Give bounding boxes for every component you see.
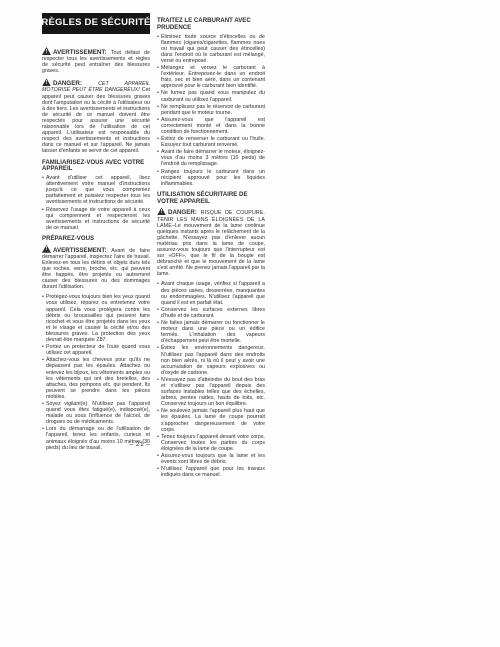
manual-page: RÈGLES DE SÉCURITÉ AVERTISSEMENT: Tout d… (0, 0, 500, 647)
bullet-text: Évitez les environnements dangereux. N'u… (161, 345, 265, 375)
warning-triangle-icon (42, 47, 51, 55)
page-title: RÈGLES DE SÉCURITÉ (41, 20, 150, 26)
section-heading: FAMILIARISEZ-VOUS AVEC VOTRE APPAREIL (42, 160, 150, 174)
page-number: – 21 – (105, 441, 175, 448)
bullet-item: •Rangez toujours le carburant dans un ré… (157, 169, 265, 187)
warning-text: Cet appareil peut causer des blessures g… (42, 87, 150, 154)
bullet-text: Avant de faire démarrer le moteur, éloig… (161, 149, 265, 167)
bullet-item: •Éliminez toute source d'étincelles ou d… (157, 34, 265, 64)
bullet-item: •Ne fumez pas quand vous manipulez du ca… (157, 90, 265, 102)
bullet-text: Assurez-vous que l'appareil est correcte… (161, 117, 265, 135)
bullet-list: •Éliminez toute source d'étincelles ou d… (157, 34, 265, 187)
bullet-item: •N'utilisez l'appareil que pour les trav… (157, 466, 265, 478)
bullet-text: Avant d'utiliser cet appareil, lisez att… (46, 175, 150, 205)
bullet-text: Assurez-vous toujours que la lame et les… (161, 453, 265, 465)
section-heading: PRÉPAREZ-VOUS (42, 236, 150, 243)
section-heading: UTILISATION SÉCURITAIRE DE VOTRE APPAREI… (157, 192, 265, 206)
bullet-text: Évitez de renverser le carburant ou l'hu… (161, 136, 265, 148)
bullet-item: •Attachez-vous les cheveux pour qu'ils n… (42, 357, 150, 400)
bullet-text: Réservez l'usage de votre appareil à ceu… (46, 207, 150, 231)
bullet-text: Soyez vigilant(e). N'utilisez pas l'appa… (46, 401, 150, 425)
bullet-item: •Assurez-vous que l'appareil est correct… (157, 117, 265, 135)
warning-triangle-icon (42, 245, 51, 253)
section-heading: TRAITEZ LE CARBURANT AVEC PRUDENCE (157, 18, 265, 32)
bullet-item: •Réservez l'usage de votre appareil à ce… (42, 207, 150, 231)
warning-lead: AVERTISSEMENT: (53, 247, 111, 254)
bullet-item: •Soyez vigilant(e). N'utilisez pas l'app… (42, 401, 150, 425)
bullet-text: Ne faites jamais démarrer ou fonctionner… (161, 320, 265, 344)
bullet-text: N'essayez pas d'atteindre du bout des br… (161, 377, 265, 407)
left-column-blocks: AVERTISSEMENT: Tout défaut de respecter … (42, 47, 150, 451)
bullet-text: Conservez les surfaces externes libres d… (161, 307, 265, 319)
warning-lead: DANGER: (168, 209, 201, 216)
bullet-item: •Évitez les environnements dangereux. N'… (157, 345, 265, 375)
bullet-item: •Ne faites jamais démarrer ou fonctionne… (157, 320, 265, 344)
bullet-text: Rangez toujours le carburant dans un réc… (161, 169, 265, 187)
warning-paragraph: DANGER: RISQUE DE COUPURE. TENIR LES MAI… (157, 207, 265, 277)
bullet-text: Attachez-vous les cheveux pour qu'ils ne… (46, 357, 150, 400)
bullet-item: •Portez un protecteur de l'ouïe quand vo… (42, 344, 150, 356)
bullet-text: Avant chaque usage, vérifiez si l'appare… (161, 281, 265, 305)
warning-paragraph: AVERTISSEMENT: Tout défaut de respecter … (42, 47, 150, 74)
bullet-item: •Ne soulevez jamais l'appareil plus haut… (157, 408, 265, 432)
warning-triangle-icon (42, 78, 51, 86)
bullet-text: Ne soulevez jamais l'appareil plus haut … (161, 408, 265, 432)
bullet-text: Mélangez et versez le carburant à l'exté… (161, 65, 265, 89)
bullet-item: •Conservez les surfaces externes libres … (157, 307, 265, 319)
bullet-item: •Assurez-vous toujours que la lame et le… (157, 453, 265, 465)
warning-text: Le mouvement de la lame continue quelque… (157, 223, 265, 278)
warning-triangle-icon (157, 207, 166, 215)
bullet-list: •Avant chaque usage, vérifiez si l'appar… (157, 281, 265, 478)
bullet-item: •Protégez-vous toujours bien les yeux qu… (42, 294, 150, 343)
bullet-text: Protégez-vous toujours bien les yeux qua… (46, 294, 150, 343)
bullet-list: •Avant d'utiliser cet appareil, lisez at… (42, 175, 150, 231)
bullet-text: Portez un protecteur de l'ouïe quand vou… (46, 344, 150, 356)
bullet-item: •Ne remplissez pas le réservoir de carbu… (157, 104, 265, 116)
bullet-text: Éliminez toute source d'étincelles ou de… (161, 34, 265, 64)
bullet-item: •Avant d'utiliser cet appareil, lisez at… (42, 175, 150, 205)
bullet-text: Ne remplissez pas le réservoir de carbur… (161, 104, 265, 116)
warning-text: Avant de faire démarrer l'appareil, insp… (42, 248, 150, 291)
warning-paragraph: DANGER: CET APPAREIL MOTORISÉ PEUT ÊTRE … (42, 78, 150, 154)
warning-lead: AVERTISSEMENT: (53, 49, 111, 56)
left-column: RÈGLES DE SÉCURITÉ AVERTISSEMENT: Tout d… (42, 13, 150, 454)
bullet-text: Tenez toujours l'appareil devant votre c… (161, 434, 265, 452)
section-title-bar: RÈGLES DE SÉCURITÉ (42, 13, 150, 34)
right-column: TRAITEZ LE CARBURANT AVEC PRUDENCE•Élimi… (157, 13, 265, 481)
warning-paragraph: AVERTISSEMENT: Avant de faire démarrer l… (42, 245, 150, 291)
bullet-item: •Mélangez et versez le carburant à l'ext… (157, 65, 265, 89)
bullet-item: •Avant chaque usage, vérifiez si l'appar… (157, 281, 265, 305)
bullet-list: •Protégez-vous toujours bien les yeux qu… (42, 294, 150, 450)
bullet-item: •Avant de faire démarrer le moteur, éloi… (157, 149, 265, 167)
right-column-blocks: TRAITEZ LE CARBURANT AVEC PRUDENCE•Élimi… (157, 18, 265, 478)
bullet-item: •N'essayez pas d'atteindre du bout des b… (157, 377, 265, 407)
bullet-text: N'utilisez l'appareil que pour les trava… (161, 466, 265, 478)
bullet-text: Ne fumez pas quand vous manipulez du car… (161, 90, 265, 102)
bullet-item: •Évitez de renverser le carburant ou l'h… (157, 136, 265, 148)
